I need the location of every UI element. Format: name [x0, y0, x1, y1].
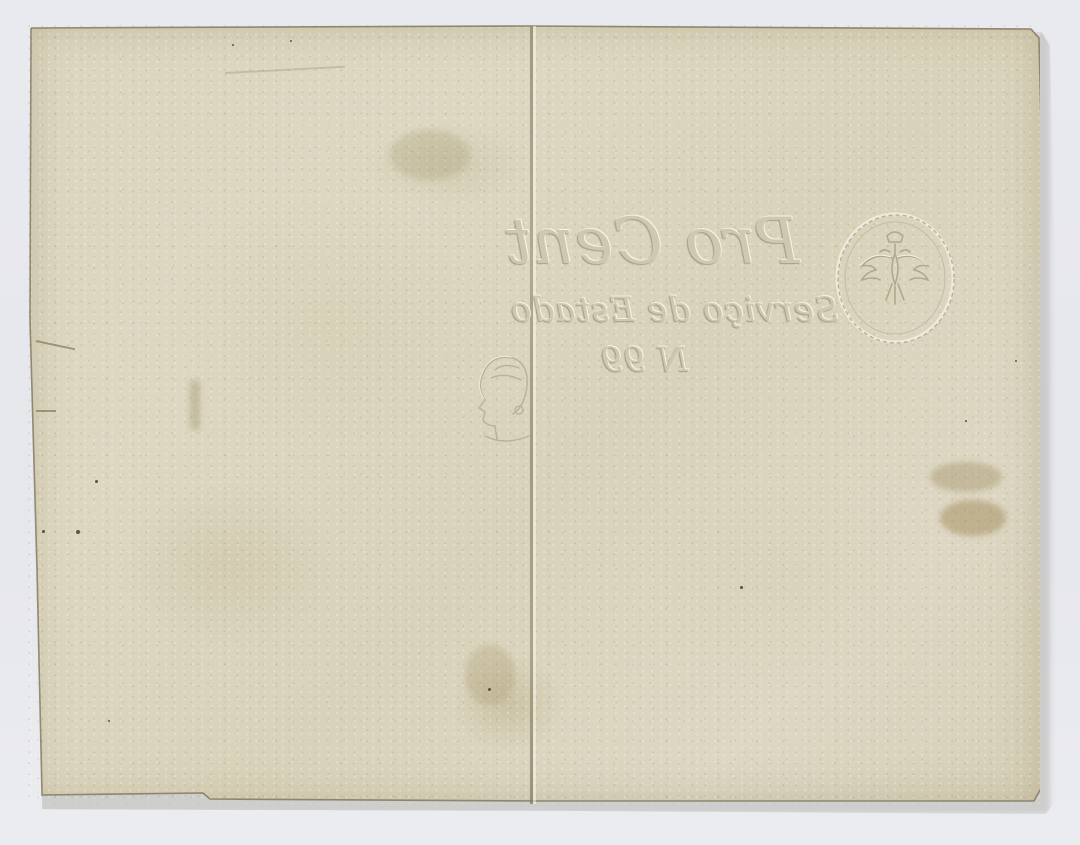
embossed-heading: Pro Cent [505, 205, 799, 279]
embossed-number: N 99 [600, 340, 688, 380]
embossed-subheading: Serviço de Estado [510, 290, 838, 330]
ink-speck [965, 420, 967, 422]
ink-speck [232, 44, 234, 46]
ink-speck [1015, 360, 1017, 362]
ink-speck [488, 688, 491, 691]
ink-speck [76, 530, 80, 534]
embossed-portrait [455, 340, 545, 460]
ink-speck [740, 586, 743, 589]
ink-speck [290, 40, 292, 42]
ink-speck [95, 480, 98, 483]
edge-tear-left-2 [36, 410, 56, 412]
stain-upper-right [930, 462, 1002, 492]
stain-lower-right [940, 500, 1006, 536]
stain-bottom-center [465, 645, 515, 705]
ink-speck [42, 530, 45, 533]
stain-top-center [390, 130, 470, 180]
eagle-seal-icon [832, 208, 958, 348]
ink-speck [108, 720, 110, 722]
stain-left-vertical [190, 380, 200, 430]
